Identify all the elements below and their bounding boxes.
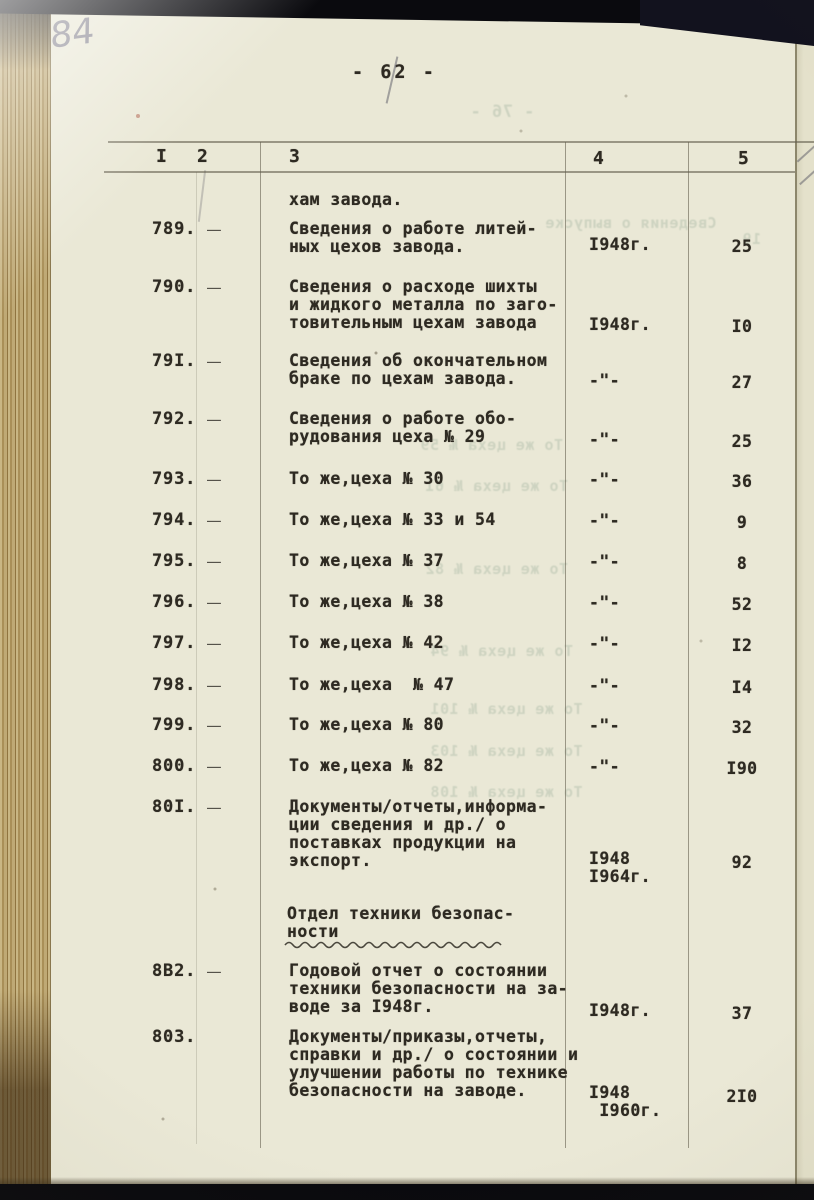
- entry-number: 792.: [152, 410, 196, 428]
- entry-number: 803.: [152, 1028, 196, 1046]
- entry-dash: –: [207, 221, 221, 239]
- entry-dates: I948г.: [589, 236, 651, 254]
- column-header-5: 5: [738, 148, 749, 169]
- entry-dash: –: [207, 411, 221, 429]
- entry-dash: –: [207, 471, 221, 489]
- column-header-3: 3: [289, 146, 300, 167]
- entry-dash: –: [207, 594, 221, 612]
- entry-description: Сведения о работе обо- рудования цеха № …: [289, 410, 516, 446]
- entry-number: 79I.: [152, 352, 196, 370]
- column-divider-4: [688, 142, 689, 1148]
- entry-sheet-count: I2: [692, 637, 792, 655]
- entry-description: То же,цеха № 30: [289, 470, 444, 488]
- entry-sheet-count: 25: [692, 433, 792, 451]
- entry-dates: -"-: [589, 471, 620, 489]
- entry-description: Сведения о расходе шихты и жидкого метал…: [289, 278, 558, 332]
- scan-background-bottom: [0, 1184, 814, 1200]
- entry-dates: -"-: [589, 758, 620, 776]
- entry-sheet-count: 8: [692, 555, 792, 573]
- entry-dash: –: [207, 758, 221, 776]
- book-cover-corner: [640, 0, 814, 46]
- entry-number: 800.: [152, 757, 196, 775]
- entry-dates: -"-: [589, 717, 620, 735]
- entry-description: То же,цеха № 80: [289, 716, 444, 734]
- continuation-text: хам завода.: [289, 190, 403, 209]
- entry-sheet-count: 27: [692, 374, 792, 392]
- entry-dash: –: [207, 799, 221, 817]
- section-heading: Отдел техники безопас- ности: [287, 905, 514, 941]
- entry-description: Документы/отчеты,информа- ции сведения и…: [289, 798, 547, 870]
- entry-description: То же,цеха № 42: [289, 634, 444, 652]
- entry-dash: –: [207, 512, 221, 530]
- column-divider-2: [260, 142, 261, 1148]
- column-divider-1: [196, 172, 197, 1144]
- handwritten-folio-number: 84: [50, 11, 95, 57]
- entry-number: 789.: [152, 220, 196, 238]
- underlying-page-edge: [795, 22, 814, 1184]
- entry-dates: -"-: [589, 635, 620, 653]
- ghost-text: - 76 -: [470, 102, 534, 122]
- entry-description: То же,цеха № 38: [289, 593, 444, 611]
- entry-description: То же,цеха № 33 и 54: [289, 511, 496, 529]
- entry-number: 797.: [152, 634, 196, 652]
- entry-number: 798.: [152, 676, 196, 694]
- entry-dates: -"-: [589, 512, 620, 530]
- entry-number: 796.: [152, 593, 196, 611]
- entry-sheet-count: 32: [692, 719, 792, 737]
- entry-dates: -"-: [589, 372, 620, 390]
- entry-dates: I948 I960г.: [589, 1084, 661, 1120]
- page-bottom-edge: [0, 1177, 814, 1184]
- entry-sheet-count: 2I0: [692, 1088, 792, 1106]
- entry-sheet-count: 37: [692, 1005, 792, 1023]
- entry-dates: I948г.: [589, 1002, 651, 1020]
- ghost-text: То же цеха № 82: [425, 560, 568, 578]
- entry-dates: -"-: [589, 677, 620, 695]
- scanned-page: 84 - 62 - - 76 - Сведения о выпуске 19 Т…: [0, 0, 814, 1200]
- entry-dates: I948г.: [589, 316, 651, 334]
- entry-number: 8В2.: [152, 962, 196, 980]
- entry-sheet-count: I90: [692, 760, 792, 778]
- entry-number: 80I.: [152, 798, 196, 816]
- column-header-1: I: [156, 146, 167, 167]
- ghost-text: То же цеха № 103: [430, 742, 583, 760]
- ghost-text: То же цеха № 94: [430, 642, 573, 660]
- entry-dash: –: [207, 553, 221, 571]
- entry-dash: –: [207, 963, 221, 981]
- entry-dates: -"-: [589, 431, 620, 449]
- entry-dash: –: [207, 717, 221, 735]
- ghost-text: То же цеха № 101: [430, 700, 583, 718]
- entry-description: Сведения о работе литей- ных цехов завод…: [289, 220, 537, 256]
- entry-number: 790.: [152, 278, 196, 296]
- pencil-mark-header: [198, 170, 206, 222]
- entry-sheet-count: 52: [692, 596, 792, 614]
- entry-dates: -"-: [589, 553, 620, 571]
- table-header-underline: [104, 171, 795, 173]
- entry-number: 794.: [152, 511, 196, 529]
- entry-dash: –: [207, 353, 221, 371]
- entry-description: Годовой отчет о состоянии техники безопа…: [289, 962, 568, 1016]
- entry-description: То же,цеха № 37: [289, 552, 444, 570]
- entry-description: Сведения об окончательном браке по цехам…: [289, 352, 547, 388]
- entry-sheet-count: I0: [692, 318, 792, 336]
- paper-specks: [0, 0, 2, 2]
- ghost-text: То же цеха № 61: [425, 477, 568, 495]
- entry-description: То же,цеха № 47: [289, 676, 454, 694]
- entry-dash: –: [207, 279, 221, 297]
- table-top-border: [108, 141, 814, 143]
- entry-description: То же,цеха № 82: [289, 757, 444, 775]
- entry-dates: -"-: [589, 594, 620, 612]
- entry-description: Документы/приказы,отчеты, справки и др./…: [289, 1028, 578, 1100]
- book-binding-edge: [0, 0, 51, 1200]
- entry-dash: –: [207, 677, 221, 695]
- entry-sheet-count: 9: [692, 514, 792, 532]
- entry-dash: –: [207, 635, 221, 653]
- entry-dates: I948 I964г.: [589, 850, 651, 886]
- entry-sheet-count: 36: [692, 473, 792, 491]
- column-header-4: 4: [593, 148, 604, 169]
- ghost-text: Сведения о выпуске: [545, 214, 717, 232]
- entry-sheet-count: 25: [692, 238, 792, 256]
- entry-sheet-count: 92: [692, 854, 792, 872]
- entry-number: 793.: [152, 470, 196, 488]
- entry-sheet-count: I4: [692, 679, 792, 697]
- entry-number: 799.: [152, 716, 196, 734]
- column-header-2: 2: [197, 146, 208, 167]
- section-heading-wavy-underline: [284, 940, 506, 949]
- entry-number: 795.: [152, 552, 196, 570]
